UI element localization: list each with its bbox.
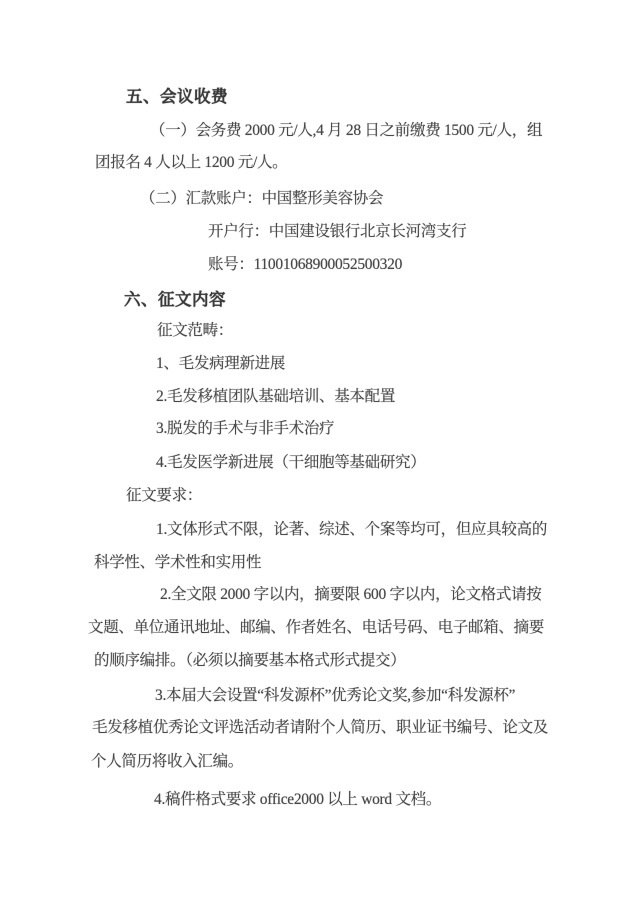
scope-item-1: 1、毛发病理新进展 xyxy=(156,352,285,375)
requirement-2-line-2: 文题、单位通讯地址、邮编、作者姓名、电话号码、电子邮箱、摘要 xyxy=(88,616,544,639)
remit-account-line: （二）汇款账户：中国整形美容协会 xyxy=(140,187,383,210)
requirement-1-line-2: 科学性、学术性和实用性 xyxy=(94,551,261,574)
requirement-3-line-2: 毛发移植优秀论文评选活动者请附个人简历、职业证书编号、论文及 xyxy=(92,716,548,739)
paper-scope-label: 征文范畴： xyxy=(157,319,233,342)
section-fees-heading: 五、会议收费 xyxy=(126,85,228,108)
requirement-2-line-1: 2.全文限 2000 字以内，摘要限 600 字以内，论文格式请按 xyxy=(160,583,541,606)
account-number-line: 账号：11001068900052500320 xyxy=(208,253,402,276)
requirement-3-line-1: 3.本届大会设置“科发源杯”优秀论文奖,参加“科发源杯” xyxy=(155,684,515,707)
scope-item-2: 2.毛发移植团队基础培训、基本配置 xyxy=(156,385,395,408)
section-papers-heading: 六、征文内容 xyxy=(124,288,226,311)
requirement-4-line: 4.稿件格式要求 office2000 以上 word 文档。 xyxy=(154,788,441,811)
fee-line-2: 团报名 4 人以上 1200 元/人。 xyxy=(95,151,287,174)
bank-line: 开户行：中国建设银行北京长河湾支行 xyxy=(208,220,466,243)
scope-item-4: 4.毛发医学新进展（干细胞等基础研究） xyxy=(156,451,425,474)
document-page: 五、会议收费 （一）会务费 2000 元/人,4 月 28 日之前缴费 1500… xyxy=(0,0,636,900)
requirement-3-line-3: 个人简历将收入汇编。 xyxy=(91,750,243,773)
requirement-2-line-3: 的顺序编排。（必须以摘要基本格式形式提交） xyxy=(94,649,405,672)
scope-item-3: 3.脱发的手术与非手术治疗 xyxy=(156,417,334,440)
fee-line-1: （一）会务费 2000 元/人,4 月 28 日之前缴费 1500 元/人，组 xyxy=(150,119,542,142)
requirement-1-line-1: 1.文体形式不限，论著、综述、个案等均可，但应具较高的 xyxy=(156,518,547,541)
paper-requirements-label: 征文要求： xyxy=(126,484,202,507)
